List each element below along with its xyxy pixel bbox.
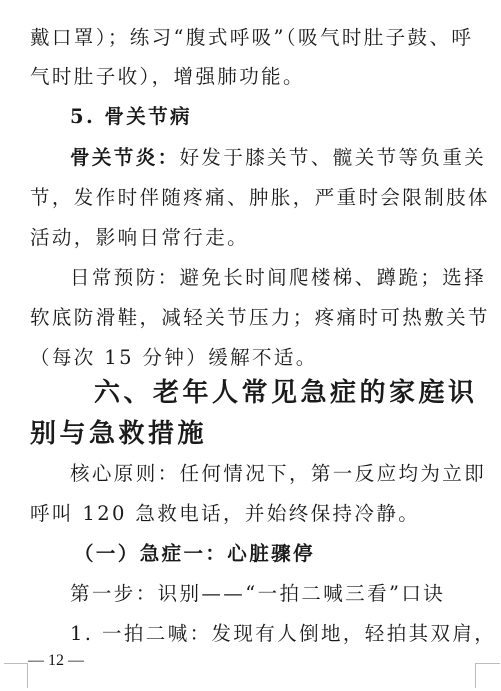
- page-number: — 12 —: [28, 652, 84, 670]
- paragraph-osteoarthritis: 骨关节炎：好发于膝关节、髋关节等负重关: [70, 146, 501, 170]
- step-text: 第一步：识别——“一拍二喊三看”口诀: [70, 582, 501, 606]
- body-text-line: 呼叫 120 急救电话，并始终保持冷静。: [30, 502, 475, 526]
- body-text-line: 戴口罩）；练习“腹式呼吸”（吸气时肚子鼓、呼: [30, 26, 475, 50]
- body-text-line: （每次 15 分钟）缓解不适。: [30, 346, 475, 370]
- crop-mark-right-v: [475, 663, 476, 688]
- subsection-heading: （一）急症一：心脏骤停: [74, 542, 501, 566]
- chapter-heading-cont: 别与急救措施: [30, 418, 475, 450]
- body-text-line: 软底防滑鞋，减轻关节压力；疼痛时可热敷关节: [30, 306, 475, 330]
- chapter-heading: 六、老年人常见急症的家庭识: [94, 377, 501, 409]
- list-item: 1. 一拍二喊：发现有人倒地，轻拍其双肩，: [70, 622, 501, 646]
- section-heading: 5. 骨关节病: [70, 105, 501, 129]
- core-principle: 核心原则：任何情况下，第一反应均为立即: [70, 462, 501, 486]
- crop-mark-right-h: [475, 663, 500, 664]
- prevention-text: 日常预防：避免长时间爬楼梯、蹲跪；选择: [70, 266, 501, 290]
- term-label: 骨关节炎：: [70, 146, 180, 169]
- body-text-line: 节，发作时伴随疼痛、肿胀，严重时会限制肢体: [30, 186, 475, 210]
- body-text-line: 气时肚子收），增强肺功能。: [30, 65, 475, 89]
- crop-mark-left-h: [4, 663, 27, 664]
- term-text: 好发于膝关节、髋关节等负重关: [180, 146, 487, 169]
- body-text-line: 活动，影响日常行走。: [30, 226, 475, 250]
